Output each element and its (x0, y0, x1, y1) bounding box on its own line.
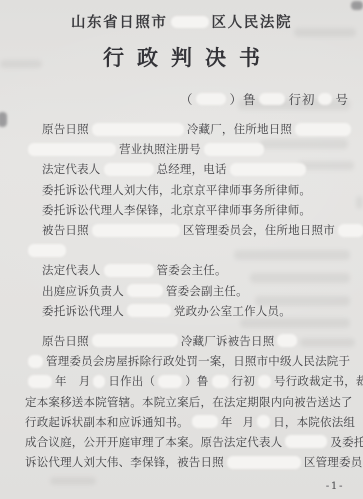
redaction-box (127, 304, 171, 317)
text-run: 党政办公室工作人员。 (174, 303, 291, 319)
text-run: 管理委员会房屋拆除行政处罚一案，日照市中级人民法院于 (46, 353, 350, 369)
text-run: ）鲁 (185, 373, 208, 389)
redaction-box (259, 93, 285, 105)
text-run: 年 (55, 373, 67, 389)
redaction-box (192, 415, 218, 428)
line-case-intro-cont: 管理委员会房屋拆除行政处罚一案，日照市中级人民法院于 (25, 351, 344, 371)
document-title: 行政判决书 (0, 42, 363, 72)
text-run: 冷藏厂诉被告日照 (181, 333, 275, 349)
redaction-box (227, 456, 301, 469)
text-run: 区管理委员 (304, 454, 363, 470)
text-run: 诉讼代理人刘大伟、李保锋，被告日照 (25, 454, 224, 470)
text-run: 及委托 (330, 434, 363, 450)
text-run: 山东省日照市 (71, 11, 168, 32)
scan-artifact (0, 112, 7, 127)
text-run: （ (180, 90, 194, 108)
redaction-box (104, 163, 154, 176)
text-run: 号行政裁定书，裁 (274, 373, 363, 389)
redaction-box (204, 143, 264, 156)
redaction-box (28, 355, 43, 368)
redaction-box (338, 224, 363, 237)
line-transfer: 定本案移送本院管辖。本院立案后，在法定期限内向被告送达了 (25, 391, 344, 411)
text-run: 冷藏厂，住所地日照 (187, 121, 292, 137)
line-defendant: 被告日照区管理委员会，住所地日照市 (25, 220, 344, 240)
line-defendant-legal-rep: 法定代表人管委会主任。 (25, 260, 344, 280)
text-run: ）鲁 (229, 90, 256, 108)
text-run: 成合议庭，公开开庭审理了本案。原告法定代表人 (25, 434, 282, 450)
text-run: 日，本院依法组 (273, 414, 355, 430)
line-hearing-cont: 诉讼代理人刘大伟、李保锋，被告日照区管理委员 (25, 452, 344, 472)
line-plaintiff: 原告日照冷藏厂，住所地日照 (25, 119, 344, 139)
redaction-box (171, 16, 209, 28)
line-business-license: 营业执照注册号 (25, 139, 344, 159)
text-run: 法定代表人 (42, 262, 101, 278)
text-run: 区人民法院 (212, 11, 293, 32)
judgment-document-page: 山东省日照市区人民法院 行政判决书 （）鲁行初号 原告日照冷藏厂，住所地日照营业… (0, 0, 363, 499)
text-run: 原告日照 (42, 121, 89, 137)
text-run: 管委会副主任。 (166, 283, 248, 299)
redaction-box (28, 375, 52, 388)
text-run: 行初 (232, 373, 255, 389)
redaction-box (285, 435, 327, 448)
redaction-box (277, 334, 297, 347)
redaction-box (28, 143, 116, 156)
text-run: 法定代表人 (42, 161, 101, 177)
text-run: 号 (335, 90, 349, 108)
text-run: 定本案移送本院管辖。本院立案后，在法定期限内向被告送达了 (25, 394, 353, 410)
redaction-box (92, 224, 180, 237)
scan-artifact (351, 1, 363, 10)
text-run: 委托诉讼代理人李保锋，北京京平律师事务所律师。 (42, 202, 311, 218)
page-number: -1- (326, 480, 344, 492)
text-run: 区管理委员会，住所地日照市 (183, 222, 335, 238)
text-run: 出庭应诉负责人 (42, 283, 124, 299)
redaction-box (212, 375, 229, 388)
line-attorney-2: 委托诉讼代理人李保锋，北京京平律师事务所律师。 (25, 200, 344, 220)
redaction-box (127, 284, 163, 297)
bleed-artifact (50, 477, 96, 485)
case-number: （）鲁行初号 (180, 90, 349, 108)
redaction-box (230, 163, 306, 176)
text-run: 月 (243, 414, 255, 430)
text-run: 委托诉讼代理人 (42, 303, 124, 319)
redaction-box (318, 93, 332, 105)
text-run: 日作出（ (108, 373, 155, 389)
redaction-box (196, 93, 226, 105)
line-case-intro: 原告日照冷藏厂诉被告日照 (25, 331, 344, 351)
text-run: 总经理，电话 (157, 161, 227, 177)
redaction-box (28, 244, 66, 257)
redaction-box (295, 123, 351, 136)
redaction-box (93, 375, 105, 388)
line-hearing: 成合议庭，公开开庭审理了本案。原告法定代表人及委托 (25, 432, 344, 452)
redaction-box (258, 375, 271, 388)
redaction-box (104, 264, 154, 277)
line-defendant-agent: 委托诉讼代理人党政办公室工作人员。 (25, 301, 344, 321)
text-run: 管委会主任。 (157, 262, 227, 278)
redaction-box (92, 123, 184, 136)
text-run: 被告日照 (42, 222, 89, 238)
line-court-appearer: 出庭应诉负责人管委会副主任。 (25, 281, 344, 301)
line-ruling-date: 年月日作出（）鲁行初号行政裁定书，裁 (25, 371, 344, 391)
text-run: 行政起诉状副本和应诉通知书。 (25, 414, 189, 430)
bleed-artifact (356, 196, 363, 209)
court-name-line: 山东省日照市区人民法院 (0, 11, 363, 32)
body-lines: 原告日照冷藏厂，住所地日照营业执照注册号法定代表人总经理，电话委托诉讼代理人刘大… (25, 119, 344, 472)
redaction-box (257, 415, 270, 428)
line-plaintiff-legal-rep: 法定代表人总经理，电话 (25, 159, 344, 179)
text-run: 月 (79, 373, 91, 389)
text-run: 原告日照 (42, 333, 89, 349)
redaction-box (158, 375, 182, 388)
text-run: 委托诉讼代理人刘大伟，北京京平律师事务所律师。 (42, 182, 311, 198)
text-run: 年 (221, 414, 233, 430)
text-run: 营业执照注册号 (119, 141, 201, 157)
line-service: 行政起诉状副本和应诉通知书。年月日，本院依法组 (25, 412, 344, 432)
redaction-box (92, 334, 178, 347)
text-run: 行初 (288, 90, 315, 108)
line-attorney-1: 委托诉讼代理人刘大伟，北京京平律师事务所律师。 (25, 180, 344, 200)
line-defendant-address-cont (25, 240, 344, 260)
